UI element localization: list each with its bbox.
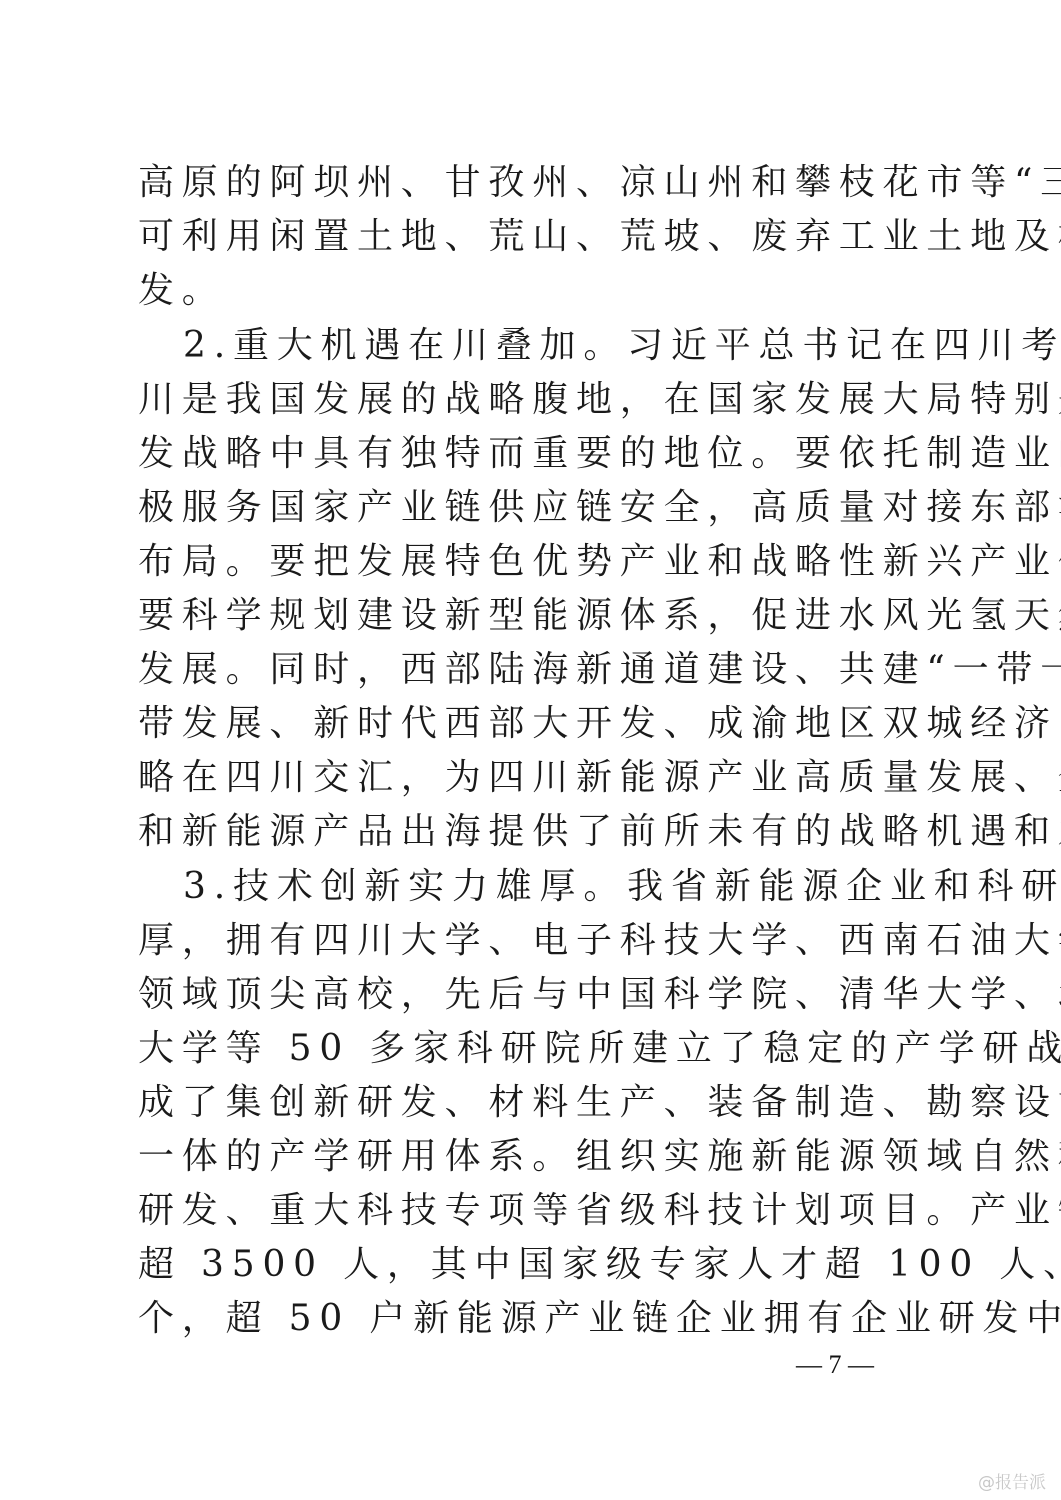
body-text-line: 研发、重大科技专项等省级科技计划项目。产业链各类技术人才: [138, 1184, 928, 1238]
body-text-line: 极服务国家产业链供应链安全，高质量对接东部沿海地区产业新: [138, 481, 928, 535]
document-page: 高原的阿坝州、甘孜州、凉山州和攀枝花市等“三州一市”地区， 可利用闲置土地、荒山…: [0, 0, 1061, 1500]
body-text-line: 发战略中具有独特而重要的地位。要依托制造业的独特优势，积: [138, 427, 928, 481]
body-text-line: 个，超 50 户新能源产业链企业拥有企业研发中心，参与能源科: [138, 1292, 928, 1346]
watermark: @报告派: [978, 1473, 1046, 1493]
body-text-line: 发展。同时，西部陆海新通道建设、共建“一带一路”、长江经济: [138, 643, 928, 697]
body-text-line: 成了集创新研发、材料生产、装备制造、勘察设计、运行维护于: [138, 1076, 928, 1130]
body-text-line: 略在四川交汇，为四川新能源产业高质量发展、企业全球化布局: [138, 751, 928, 805]
body-text-line: 川是我国发展的战略腹地，在国家发展大局特别是实施西部大开: [138, 373, 928, 427]
body-text-line: 大学等 50 多家科研院所建立了稳定的产学研战略合作关系，形: [138, 1022, 928, 1076]
body-text-line: 可利用闲置土地、荒山、荒坡、废弃工业土地及构建筑物顶等开: [138, 210, 928, 264]
section-heading-line: 2.重大机遇在川叠加。习近平总书记在四川考察时强调，四: [183, 319, 973, 373]
body-text-line: 要科学规划建设新型能源体系，促进水风光氢天然气等多能互补: [138, 589, 928, 643]
body-text-line: 超 3500 人，其中国家级专家人才超 100 人、创新人才团队超 80: [138, 1238, 928, 1292]
body-text-line: 高原的阿坝州、甘孜州、凉山州和攀枝花市等“三州一市”地区，: [138, 156, 928, 210]
section-heading-line: 3.技术创新实力雄厚。我省新能源企业和科研机构实力雄: [183, 860, 973, 914]
body-text-line: 一体的产学研用体系。组织实施新能源领域自然科学基金、重点: [138, 1130, 928, 1184]
page-number: — 7 —: [796, 1350, 874, 1380]
body-text-line: 厚，拥有四川大学、电子科技大学、西南石油大学等国内新能源: [138, 914, 928, 968]
body-text-line: 领域顶尖高校，先后与中国科学院、清华大学、北京大学、浙江: [138, 968, 928, 1022]
body-text-line: 和新能源产品出海提供了前所未有的战略机遇和发展空间。: [138, 805, 928, 859]
body-text-line: 发。: [138, 264, 928, 318]
body-text-line: 布局。要把发展特色优势产业和战略性新兴产业作为主攻方向。: [138, 535, 928, 589]
body-text-line: 带发展、新时代西部大开发、成渝地区双城经济圈建设等国家战: [138, 697, 928, 751]
